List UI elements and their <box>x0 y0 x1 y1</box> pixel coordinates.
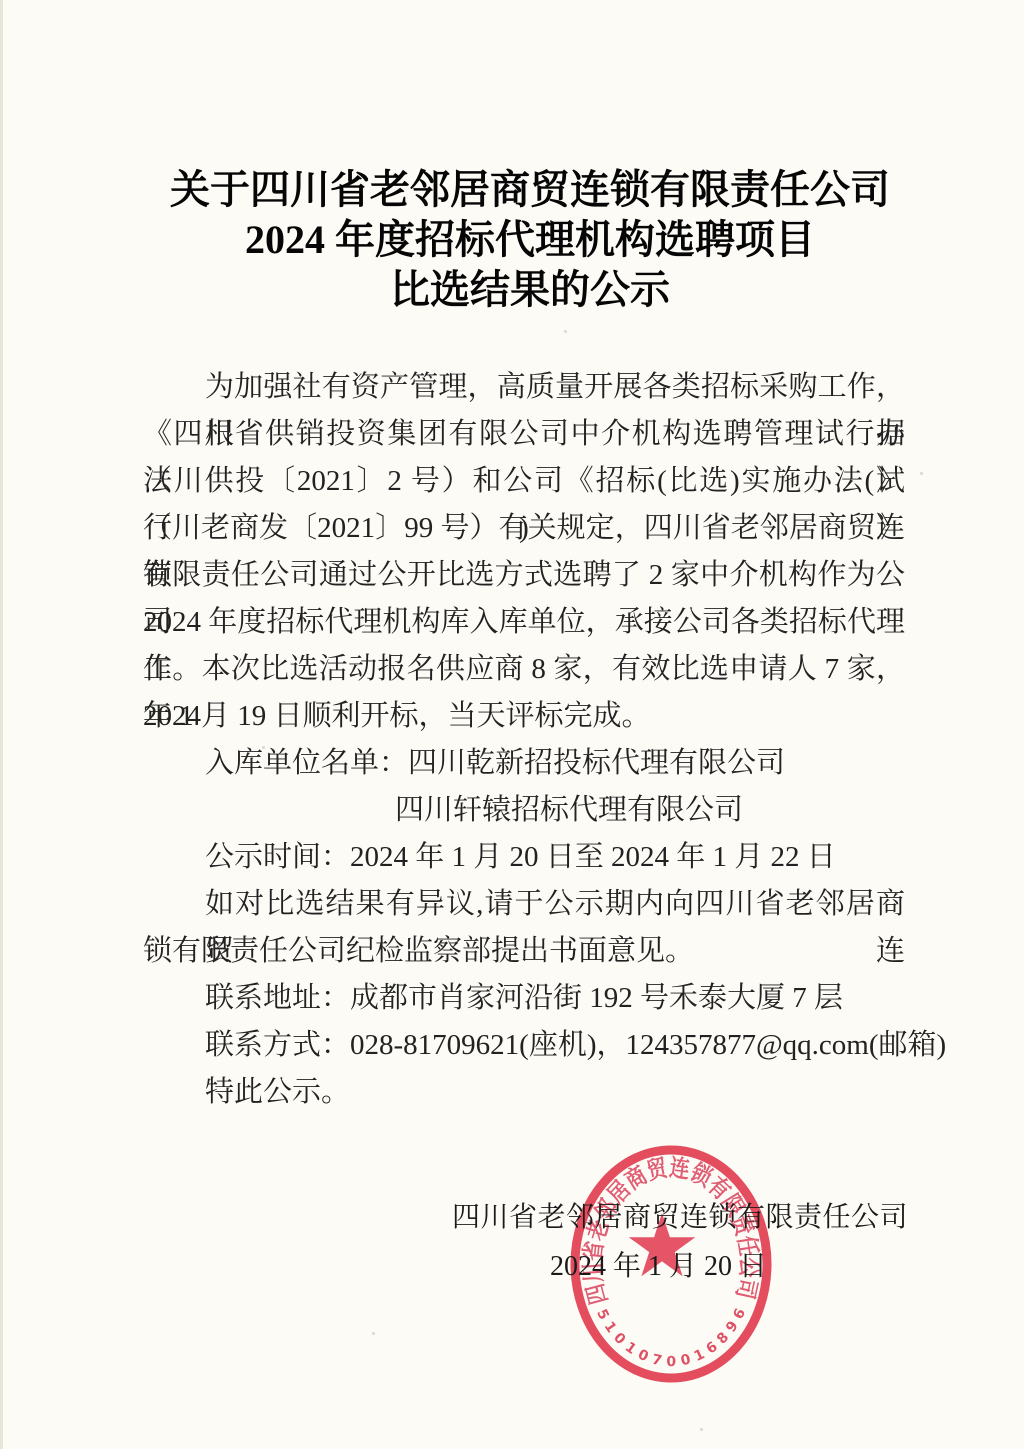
scan-edge <box>0 0 3 1449</box>
scan-speck <box>920 472 923 475</box>
body-line-contact-info: 联系方式：028-81709621(座机)，124357877@qq.com(邮… <box>143 1022 905 1069</box>
scan-speck <box>372 1332 375 1335</box>
scan-speck <box>700 1428 703 1431</box>
body-line: 有限责任公司通过公开比选方式选聘了 2 家中介机构作为公司 <box>143 552 905 599</box>
body-line: 《四川省供销投资集团有限公司中介机构选聘管理试行办法》 <box>143 411 905 458</box>
document-title: 关于四川省老邻居商贸连锁有限责任公司 2024 年度招标代理机构选聘项目 比选结… <box>145 165 915 315</box>
scan-speck <box>564 330 567 333</box>
document-body: 为加强社有资产管理，高质量开展各类招标采购工作，根据 《四川省供销投资集团有限公… <box>143 364 905 1116</box>
body-line: 作。本次比选活动报名供应商 8 家，有效比选申请人 7 家，2024 <box>143 646 905 693</box>
body-line: （川老商发〔2021〕99 号）有关规定，四川省老邻居商贸连锁 <box>143 505 905 552</box>
body-line: 如对比选结果有异议,请于公示期内向四川省老邻居商贸连 <box>143 881 905 928</box>
body-line: （川供投〔2021〕2 号）和公司《招标(比选)实施办法(试行)》 <box>143 458 905 505</box>
title-line-1: 关于四川省老邻居商贸连锁有限责任公司 <box>145 165 915 215</box>
signature-company: 四川省老邻居商贸连锁有限责任公司 <box>143 1198 908 1238</box>
body-line-publicity-period: 公示时间：2024 年 1 月 20 日至 2024 年 1 月 22 日 <box>143 834 905 881</box>
body-line-unit-2: 四川轩辕招标代理有限公司 <box>143 787 905 834</box>
body-line-unit-list: 入库单位名单：四川乾新招投标代理有限公司 <box>143 740 905 787</box>
body-line-contact-address: 联系地址：成都市肖家河沿街 192 号禾泰大厦 7 层 <box>143 975 905 1022</box>
body-line: 年 1 月 19 日顺利开标，当天评标完成。 <box>143 693 905 740</box>
body-line: 2024 年度招标代理机构库入库单位，承接公司各类招标代理工 <box>143 599 905 646</box>
body-line: 为加强社有资产管理，高质量开展各类招标采购工作，根据 <box>143 364 905 411</box>
title-line-3: 比选结果的公示 <box>145 265 915 315</box>
body-line-closing: 特此公示。 <box>143 1069 905 1116</box>
title-line-2: 2024 年度招标代理机构选聘项目 <box>145 215 915 265</box>
signature-date: 2024 年 1 月 20 日 <box>143 1247 908 1287</box>
document-page: 关于四川省老邻居商贸连锁有限责任公司 2024 年度招标代理机构选聘项目 比选结… <box>0 0 1024 1449</box>
